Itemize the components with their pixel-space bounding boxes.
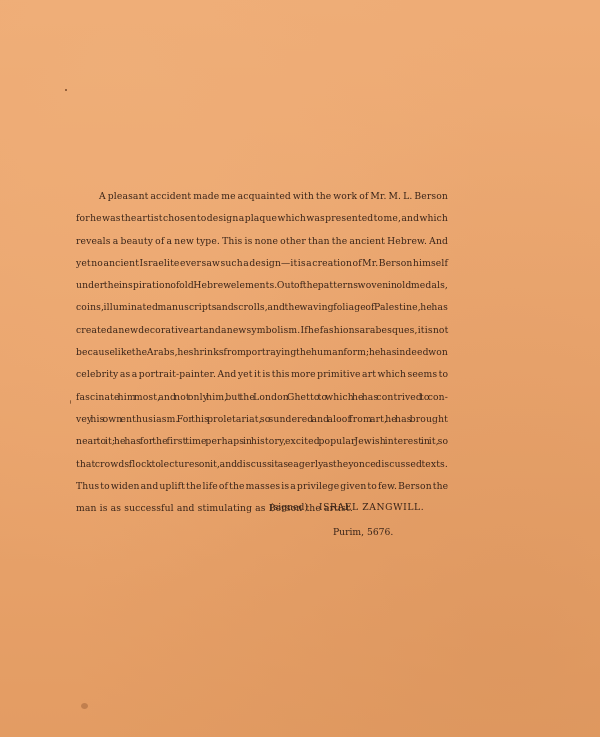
paragraph-line: near to it; he has for the first time pe… bbox=[76, 431, 448, 453]
paragraph-line: vey his own enthusiasm. For this proleta… bbox=[76, 409, 448, 431]
signatory-name: ISRAEL ZANGWILL. bbox=[319, 502, 424, 513]
paragraph-line: yet no ancient Israelite ever saw such a… bbox=[76, 253, 448, 275]
paragraph-line: because like the Arabs, he shrinks from … bbox=[76, 342, 448, 364]
paragraph-line: celebrity as a portrait-painter. And yet… bbox=[76, 364, 448, 386]
signed-label: (signed) bbox=[270, 502, 308, 513]
letter-paragraph: A pleasant accident made me acquainted w… bbox=[76, 186, 448, 520]
paragraph-line: Thus to widen and uplift the life of the… bbox=[76, 476, 448, 498]
paper-stain bbox=[81, 703, 88, 709]
letter-date: Purim, 5676. bbox=[333, 527, 393, 538]
paragraph-line: created a new decorative art and a new s… bbox=[76, 320, 448, 342]
paragraph-line: under the inspiration of old Hebrew elem… bbox=[76, 275, 448, 297]
paragraph-line: fascinate him most, and not only him, bu… bbox=[76, 387, 448, 409]
signature-block: (signed) ISRAEL ZANGWILL. bbox=[270, 502, 424, 513]
paragraph-line: A pleasant accident made me acquainted w… bbox=[76, 186, 448, 208]
document-page: A pleasant accident made me acquainted w… bbox=[0, 0, 600, 737]
paragraph-line: coins, illuminated manuscripts and scrol… bbox=[76, 297, 448, 319]
paper-mark bbox=[70, 400, 71, 404]
paragraph-line: for he was the artist chosen to design a… bbox=[76, 208, 448, 230]
paragraph-line: reveals a beauty of a new type. This is … bbox=[76, 231, 448, 253]
paper-speck bbox=[65, 89, 67, 91]
paragraph-line: that crowds flock to lectures on it, and… bbox=[76, 454, 448, 476]
